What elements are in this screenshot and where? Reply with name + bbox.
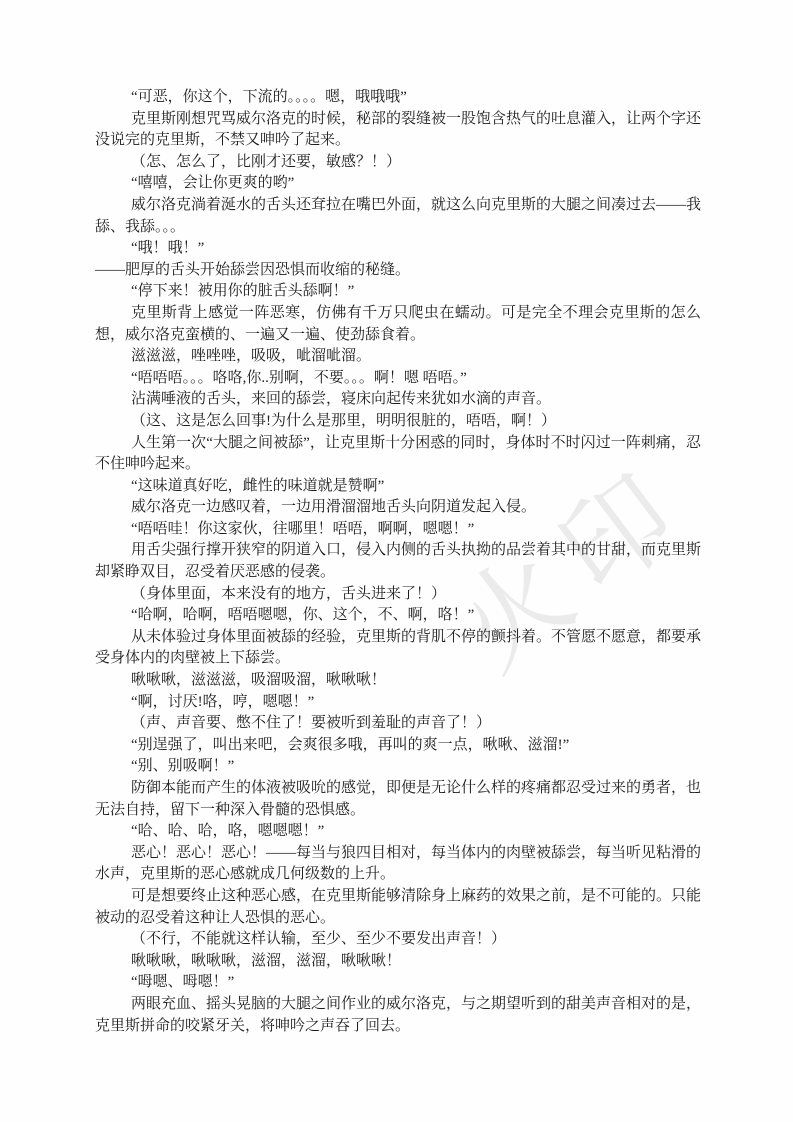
paragraph: 啾啾啾，滋滋滋，吸溜吸溜，啾啾啾！ bbox=[95, 670, 701, 692]
paragraph: 人生第一次“大腿之间被舔”，让克里斯十分困惑的同时，身体时不时闪过一阵刺痛，忍不… bbox=[95, 433, 701, 476]
paragraph: 威尔洛克淌着涎水的舌头还耷拉在嘴巴外面，就这么向克里斯的大腿之间凑过去——我舔、… bbox=[95, 195, 701, 238]
paragraph: （不行，不能就这样认输，至少、至少不要发出声音！） bbox=[95, 929, 701, 951]
paragraph: “别、别吸啊！” bbox=[95, 756, 701, 778]
paragraph: “呣嗯、呣嗯！” bbox=[95, 972, 701, 994]
paragraph: 恶心！恶心！恶心！——每当与狼四目相对，每当体内的肉壁被舔尝，每当听见粘滑的水声… bbox=[95, 843, 701, 886]
paragraph: 两眼充血、摇头晃脑的大腿之间作业的威尔洛克，与之期望听到的甜美声音相对的是，克里… bbox=[95, 994, 701, 1037]
document-page: 火印 “可恶，你这个，下流的。。。。嗯，哦哦哦”克里斯刚想咒骂威尔洛克的时候，秘… bbox=[0, 0, 793, 1122]
paragraph: 从未体验过身体里面被舔的经验，克里斯的背肌不停的颤抖着。不管愿不愿意，都要承受身… bbox=[95, 627, 701, 670]
paragraph: “哈啊，哈啊，唔唔嗯嗯，你、这个，不、啊，咯！” bbox=[95, 605, 701, 627]
paragraph: “停下来！被用你的脏舌头舔啊！” bbox=[95, 281, 701, 303]
paragraph: （怎、怎么了，比刚才还要，敏感？！） bbox=[95, 152, 701, 174]
paragraph: “别逞强了，叫出来吧，会爽很多哦，再叫的爽一点，啾啾、滋溜!” bbox=[95, 735, 701, 757]
paragraph: 用舌尖强行撑开狭窄的阴道入口，侵入内侧的舌头执拗的品尝着其中的甘甜，而克里斯却紧… bbox=[95, 540, 701, 583]
paragraph: “嘻嘻，会让你更爽的哟” bbox=[95, 173, 701, 195]
text-content: “可恶，你这个，下流的。。。。嗯，哦哦哦”克里斯刚想咒骂威尔洛克的时候，秘部的裂… bbox=[95, 87, 701, 1037]
paragraph: “唔唔哇！你这家伙，往哪里！唔唔，啊啊，嗯嗯！” bbox=[95, 519, 701, 541]
paragraph: “啊，讨厌!咯，哼，嗯嗯！” bbox=[95, 692, 701, 714]
paragraph: 防御本能而产生的体液被吸吮的感觉，即便是无论什么样的疼痛都忍受过来的勇者，也无法… bbox=[95, 778, 701, 821]
paragraph: 克里斯背上感觉一阵恶寒，仿佛有千万只爬虫在蠕动。可是完全不理会克里斯的怎么想，威… bbox=[95, 303, 701, 346]
paragraph: “哈、哈、哈，咯，嗯嗯嗯！” bbox=[95, 821, 701, 843]
paragraph: 沾满唾液的舌头，来回的舔尝，寝床向起传来犹如水滴的声音。 bbox=[95, 389, 701, 411]
paragraph: “可恶，你这个，下流的。。。。嗯，哦哦哦” bbox=[95, 87, 701, 109]
paragraph: “这味道真好吃，雌性的味道就是赞啊” bbox=[95, 476, 701, 498]
paragraph: ——肥厚的舌头开始舔尝因恐惧而收缩的秘缝。 bbox=[95, 260, 701, 282]
paragraph: 可是想要终止这种恶心感，在克里斯能够清除身上麻药的效果之前，是不可能的。只能被动… bbox=[95, 886, 701, 929]
paragraph: 滋滋滋，唑唑唑，吸吸，呲溜呲溜。 bbox=[95, 346, 701, 368]
paragraph: 威尔洛克一边感叹着，一边用滑溜溜地舌头向阴道发起入侵。 bbox=[95, 497, 701, 519]
paragraph: 啾啾啾，啾啾啾，滋溜，滋溜，啾啾啾！ bbox=[95, 951, 701, 973]
paragraph: （声、声音要、憋不住了！要被听到羞耻的声音了！） bbox=[95, 713, 701, 735]
paragraph: （这、这是怎么回事!为什么是那里，明明很脏的，唔唔，啊！） bbox=[95, 411, 701, 433]
paragraph: 克里斯刚想咒骂威尔洛克的时候，秘部的裂缝被一股饱含热气的吐息灌入，让两个字还没说… bbox=[95, 109, 701, 152]
paragraph: （身体里面，本来没有的地方，舌头进来了！） bbox=[95, 584, 701, 606]
paragraph: “唔唔唔。。。咯咯,你..别啊，不要。。。啊！嗯 唔唔。” bbox=[95, 368, 701, 390]
paragraph: “哦！哦！” bbox=[95, 238, 701, 260]
